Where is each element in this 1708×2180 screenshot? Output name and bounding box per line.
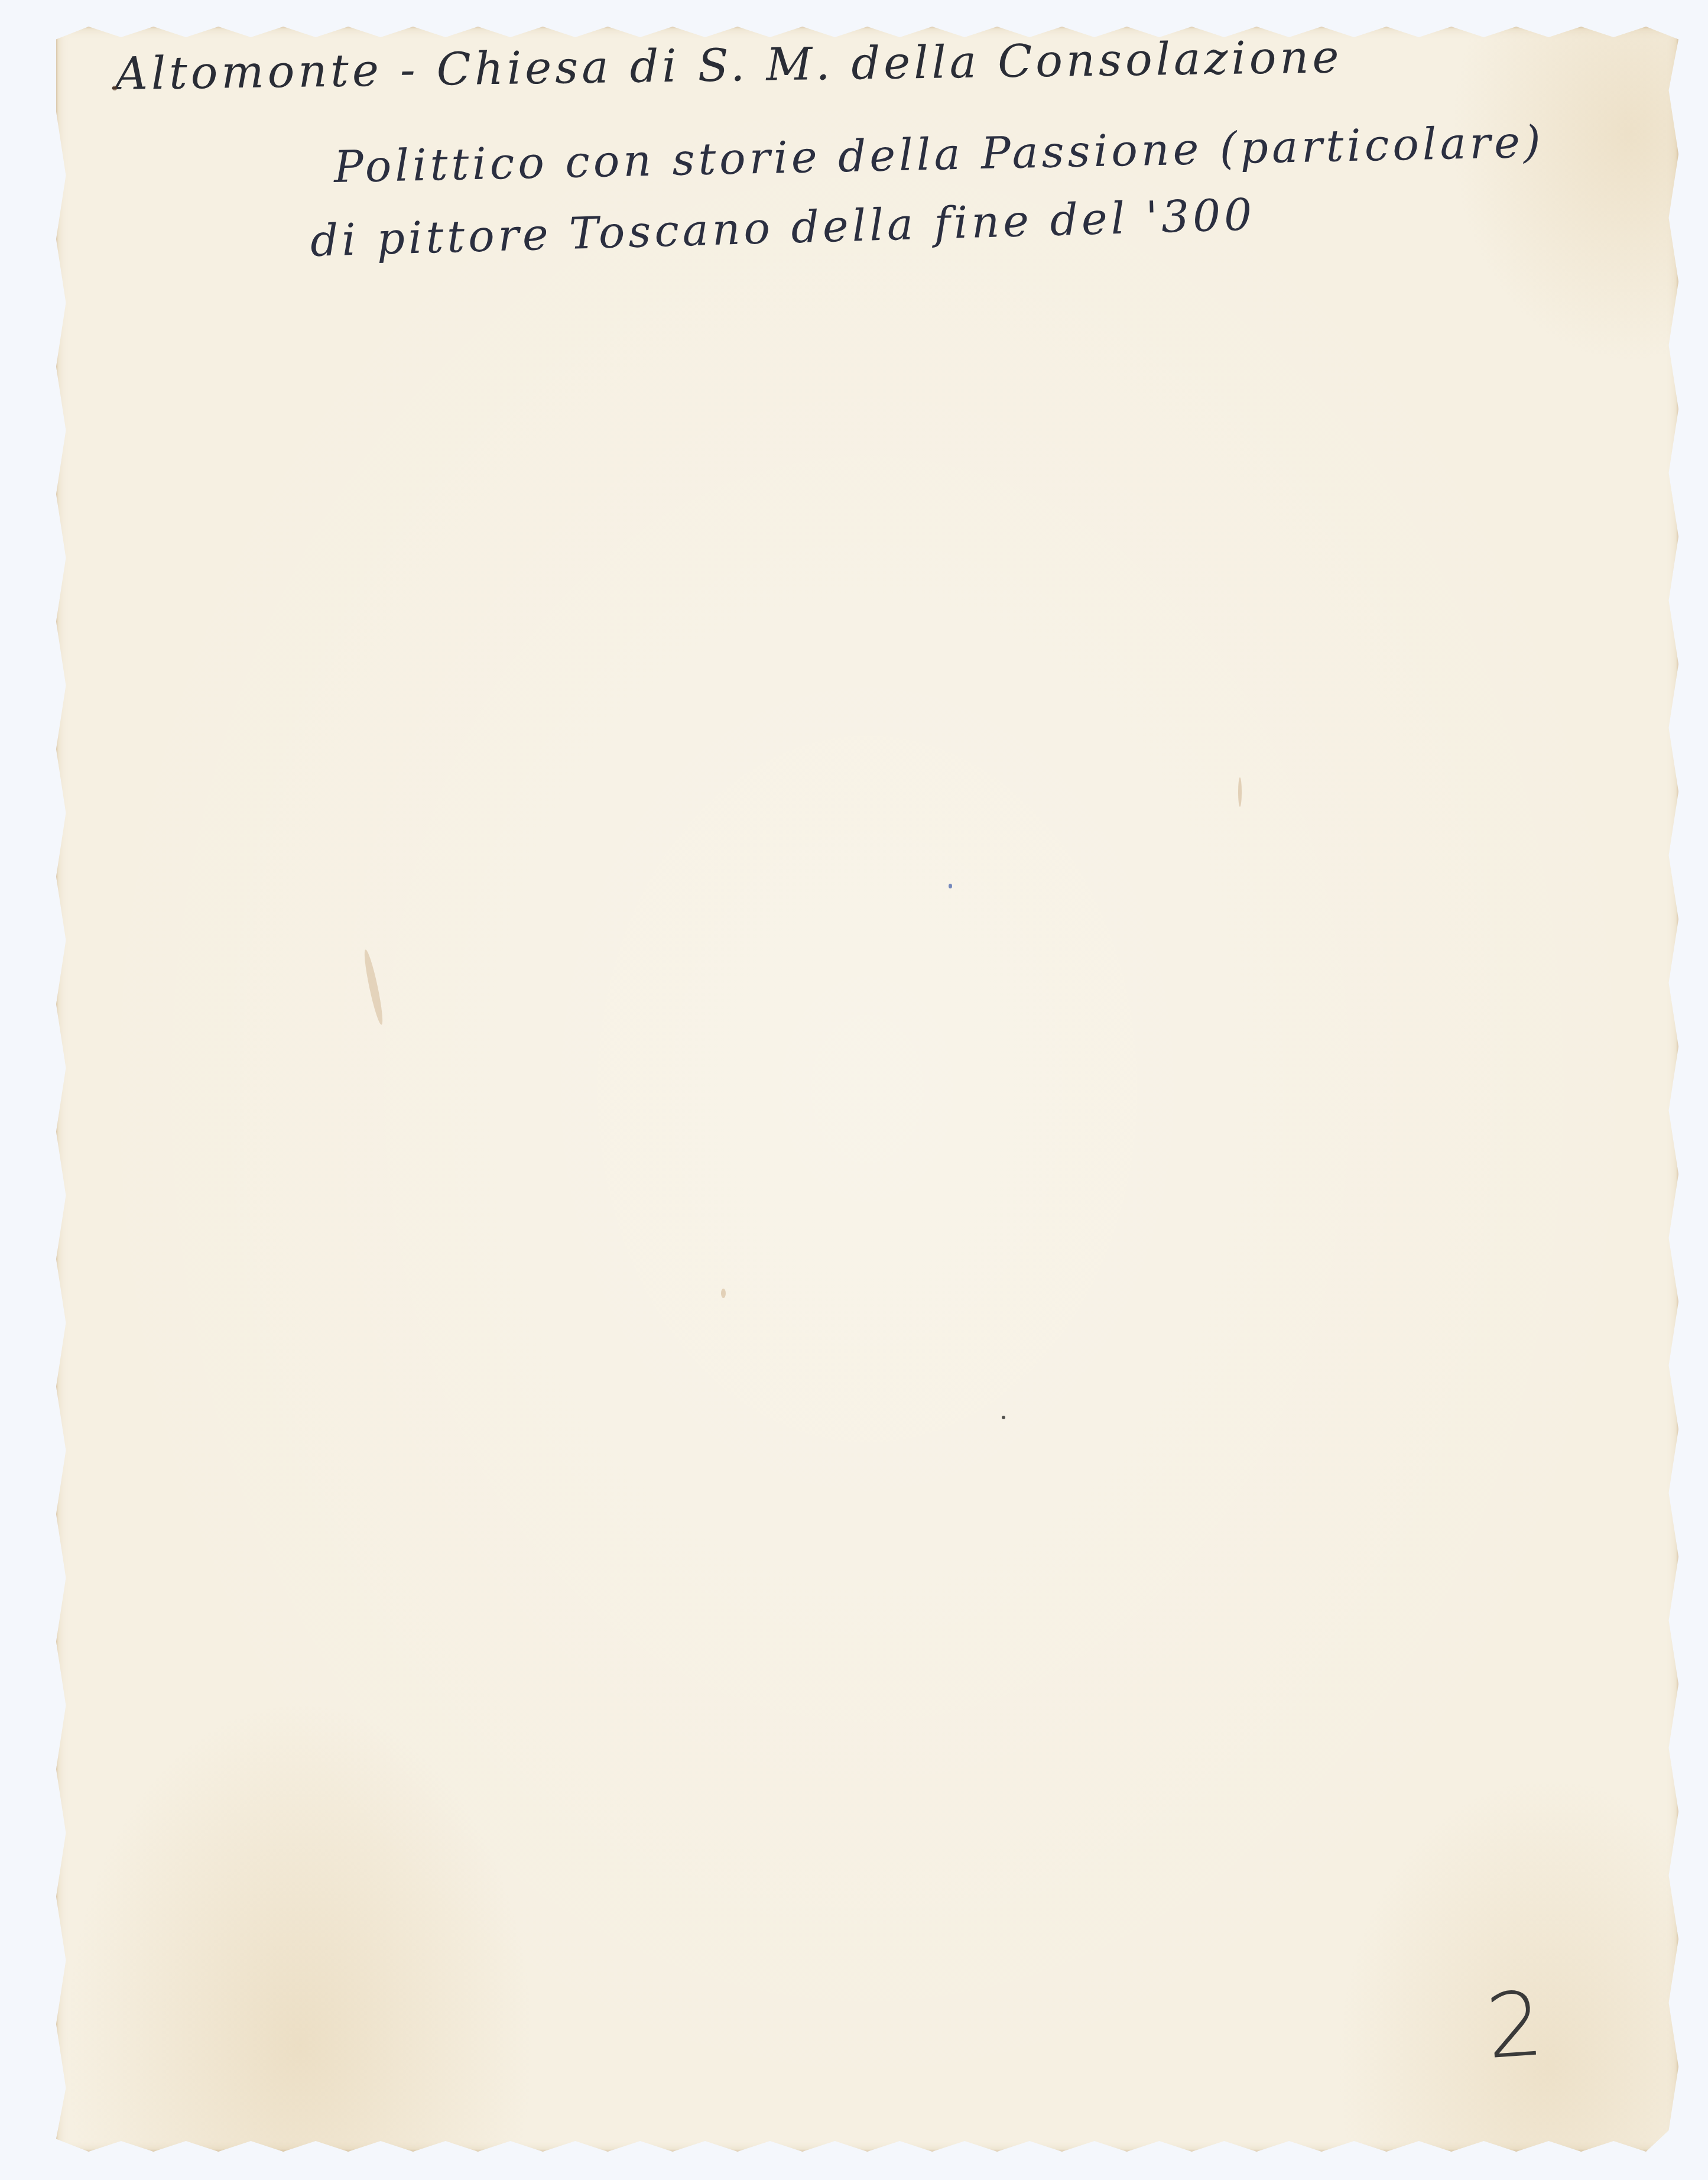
handwritten-page-number: 2 (1483, 1973, 1546, 2079)
age-stain (362, 949, 386, 1026)
handwritten-location-title: Altomonte - Chiesa di S. M. della Consol… (115, 30, 1343, 100)
ink-speck (1002, 1416, 1005, 1419)
ink-speck (112, 86, 117, 90)
age-stain (1238, 777, 1242, 807)
handwritten-artwork-subject: Polittico con storie della Passione (par… (333, 116, 1544, 193)
ink-speck (949, 884, 952, 888)
photo-back-card: Altomonte - Chiesa di S. M. della Consol… (56, 27, 1678, 2152)
handwritten-artist-attribution: di pittore Toscano della fine del '300 (310, 189, 1256, 267)
age-stain (721, 1289, 726, 1298)
